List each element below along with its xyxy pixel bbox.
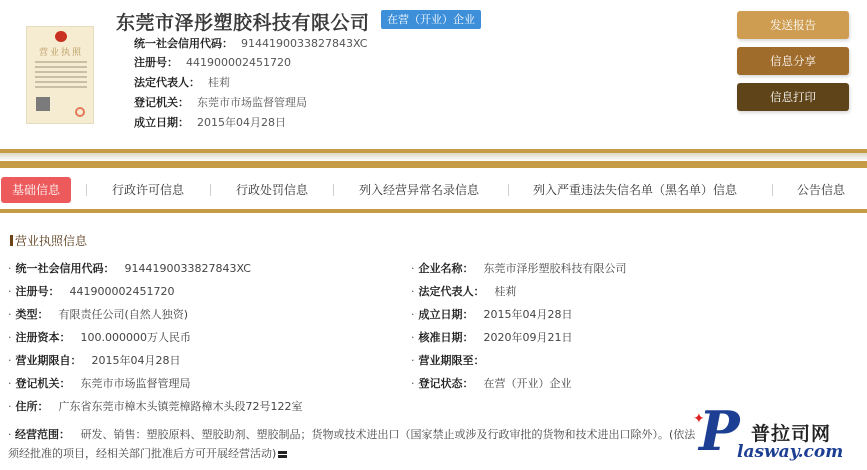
- field-label: 营业期限自：: [16, 354, 82, 367]
- field-value: 有限责任公司(自然人独资): [59, 308, 189, 321]
- field-row: ·核准日期：2020年09月21日: [411, 331, 573, 345]
- end-mark-icon: [278, 451, 287, 458]
- field-label: 企业名称：: [419, 262, 474, 275]
- header-field-authority: 登记机关：东莞市市场监督管理局: [134, 96, 307, 110]
- field-label: 统一社会信用代码：: [134, 37, 233, 50]
- field-label: 成立日期：: [419, 308, 474, 321]
- field-value: 2020年09月21日: [484, 331, 573, 344]
- field-label: 法定代表人：: [134, 76, 200, 89]
- field-label: 统一社会信用代码：: [16, 262, 115, 275]
- bullet-icon: ·: [411, 354, 415, 367]
- watermark-en-text: lasway.com: [737, 442, 843, 462]
- field-row: ·企业名称：东莞市泽彤塑胶科技有限公司: [411, 262, 627, 276]
- header-field-reg-number: 注册号：441900002451720: [134, 56, 291, 70]
- qr-code-icon: [36, 97, 50, 111]
- bullet-icon: ·: [8, 400, 12, 413]
- field-row: ·登记机关：东莞市市场监督管理局: [8, 377, 191, 391]
- bullet-icon: ·: [411, 308, 415, 321]
- field-row: ·注册资本：100.000000万人民币: [8, 331, 191, 345]
- official-seal-icon: [75, 107, 85, 117]
- license-image-title: 营业执照: [35, 45, 87, 58]
- bullet-icon: ·: [411, 377, 415, 390]
- field-value: 100.000000万人民币: [81, 331, 191, 344]
- field-value: 东莞市市场监督管理局: [197, 96, 307, 109]
- company-name-title: 东莞市泽彤塑胶科技有限公司: [116, 8, 370, 35]
- bullet-icon: ·: [411, 262, 415, 275]
- field-value: 2015年04月28日: [92, 354, 181, 367]
- national-emblem-icon: [55, 31, 67, 42]
- field-label: 登记机关：: [134, 96, 189, 109]
- field-row: ·法定代表人：桂莉: [411, 285, 517, 299]
- field-label: 注册资本：: [16, 331, 71, 344]
- status-badge: 在营（开业）企业: [381, 10, 481, 29]
- bullet-icon: ·: [8, 308, 12, 321]
- field-value: 东莞市市场监督管理局: [81, 377, 191, 390]
- tab-separator: [508, 184, 509, 196]
- field-label: 登记状态：: [419, 377, 474, 390]
- field-value: 441900002451720: [70, 285, 175, 298]
- field-row: ·注册号：441900002451720: [8, 285, 174, 299]
- bullet-icon: ·: [8, 262, 12, 275]
- bullet-icon: ·: [411, 285, 415, 298]
- field-row: ·成立日期：2015年04月28日: [411, 308, 573, 322]
- field-value: 研发、销售：塑胶原料、塑胶助剂、塑胶制品；货物或技术进出口（国家禁止或涉及行政审…: [8, 428, 695, 460]
- header-field-credit-code: 统一社会信用代码：9144190033827843XC: [134, 37, 367, 51]
- header-field-established: 成立日期：2015年04月28日: [134, 116, 286, 130]
- info-tabs: 基础信息 行政许可信息 行政处罚信息 列入经营异常名录信息 列入严重违法失信名单…: [0, 177, 867, 203]
- tab-basic-info[interactable]: 基础信息: [1, 177, 71, 203]
- field-row: ·统一社会信用代码：9144190033827843XC: [8, 262, 251, 276]
- field-row: ·营业期限自：2015年04月28日: [8, 354, 181, 368]
- field-value: 2015年04月28日: [197, 116, 286, 129]
- gold-divider: [0, 209, 867, 213]
- bullet-icon: ·: [8, 331, 12, 344]
- field-value: 2015年04月28日: [484, 308, 573, 321]
- print-info-button[interactable]: 信息打印: [737, 83, 849, 111]
- plasway-watermark: ✦ P 普拉司网 lasway.com: [685, 405, 865, 467]
- company-header: 营业执照 东莞市泽彤塑胶科技有限公司 在营（开业）企业 统一社会信用代码：914…: [0, 0, 867, 148]
- tab-admin-license[interactable]: 行政许可信息: [112, 177, 184, 203]
- field-label: 营业期限至：: [419, 354, 485, 367]
- field-value: 9144190033827843XC: [125, 262, 251, 275]
- tab-blacklist[interactable]: 列入严重违法失信名单（黑名单）信息: [533, 177, 737, 203]
- bullet-icon: ·: [8, 285, 12, 298]
- bullet-icon: ·: [8, 377, 12, 390]
- field-value: 桂莉: [495, 285, 517, 298]
- tab-separator: [333, 184, 334, 196]
- field-row: ·营业期限至：: [411, 354, 495, 368]
- field-label: 住所：: [16, 400, 49, 413]
- tab-separator: [86, 184, 87, 196]
- field-label: 经营范围：: [15, 428, 70, 441]
- watermark-logo-letter: P: [699, 399, 740, 463]
- tab-announcements[interactable]: 公告信息: [797, 177, 845, 203]
- field-value: 桂莉: [208, 76, 230, 89]
- field-label: 类型：: [16, 308, 49, 321]
- field-value: 东莞市泽彤塑胶科技有限公司: [484, 262, 627, 275]
- business-license-image[interactable]: 营业执照: [26, 26, 94, 124]
- field-row: ·类型：有限责任公司(自然人独资): [8, 308, 188, 322]
- section-title: 营业执照信息: [10, 232, 87, 249]
- field-label: 登记机关：: [16, 377, 71, 390]
- divider-shadow: [0, 153, 867, 161]
- send-report-button[interactable]: 发送报告: [737, 11, 849, 39]
- header-field-legal-rep: 法定代表人：桂莉: [134, 76, 230, 90]
- tab-admin-penalty[interactable]: 行政处罚信息: [236, 177, 308, 203]
- field-row: ·登记状态：在营（开业）企业: [411, 377, 572, 391]
- field-label: 法定代表人：: [419, 285, 485, 298]
- field-row-address: ·住所：广东省东莞市樟木头镇莞樟路樟木头段72号122室: [8, 400, 303, 414]
- tab-separator: [210, 184, 211, 196]
- field-label: 注册号：: [134, 56, 178, 69]
- license-text-lines: [35, 61, 87, 91]
- field-value: 在营（开业）企业: [484, 377, 572, 390]
- field-row-business-scope: · 经营范围： 研发、销售：塑胶原料、塑胶助剂、塑胶制品；货物或技术进出口（国家…: [8, 425, 698, 463]
- tab-abnormal-operations[interactable]: 列入经营异常名录信息: [359, 177, 479, 203]
- gold-divider: [0, 161, 867, 168]
- section-marker-icon: [10, 235, 13, 246]
- field-value: 广东省东莞市樟木头镇莞樟路樟木头段72号122室: [59, 400, 303, 413]
- field-label: 注册号：: [16, 285, 60, 298]
- bullet-icon: ·: [411, 331, 415, 344]
- field-label: 成立日期：: [134, 116, 189, 129]
- tab-separator: [772, 184, 773, 196]
- bullet-icon: ·: [8, 354, 12, 367]
- field-label: 核准日期：: [419, 331, 474, 344]
- section-title-text: 营业执照信息: [15, 234, 87, 248]
- bullet-icon: ·: [8, 428, 15, 441]
- field-value: 441900002451720: [186, 56, 291, 69]
- field-value: 9144190033827843XC: [241, 37, 367, 50]
- share-info-button[interactable]: 信息分享: [737, 47, 849, 75]
